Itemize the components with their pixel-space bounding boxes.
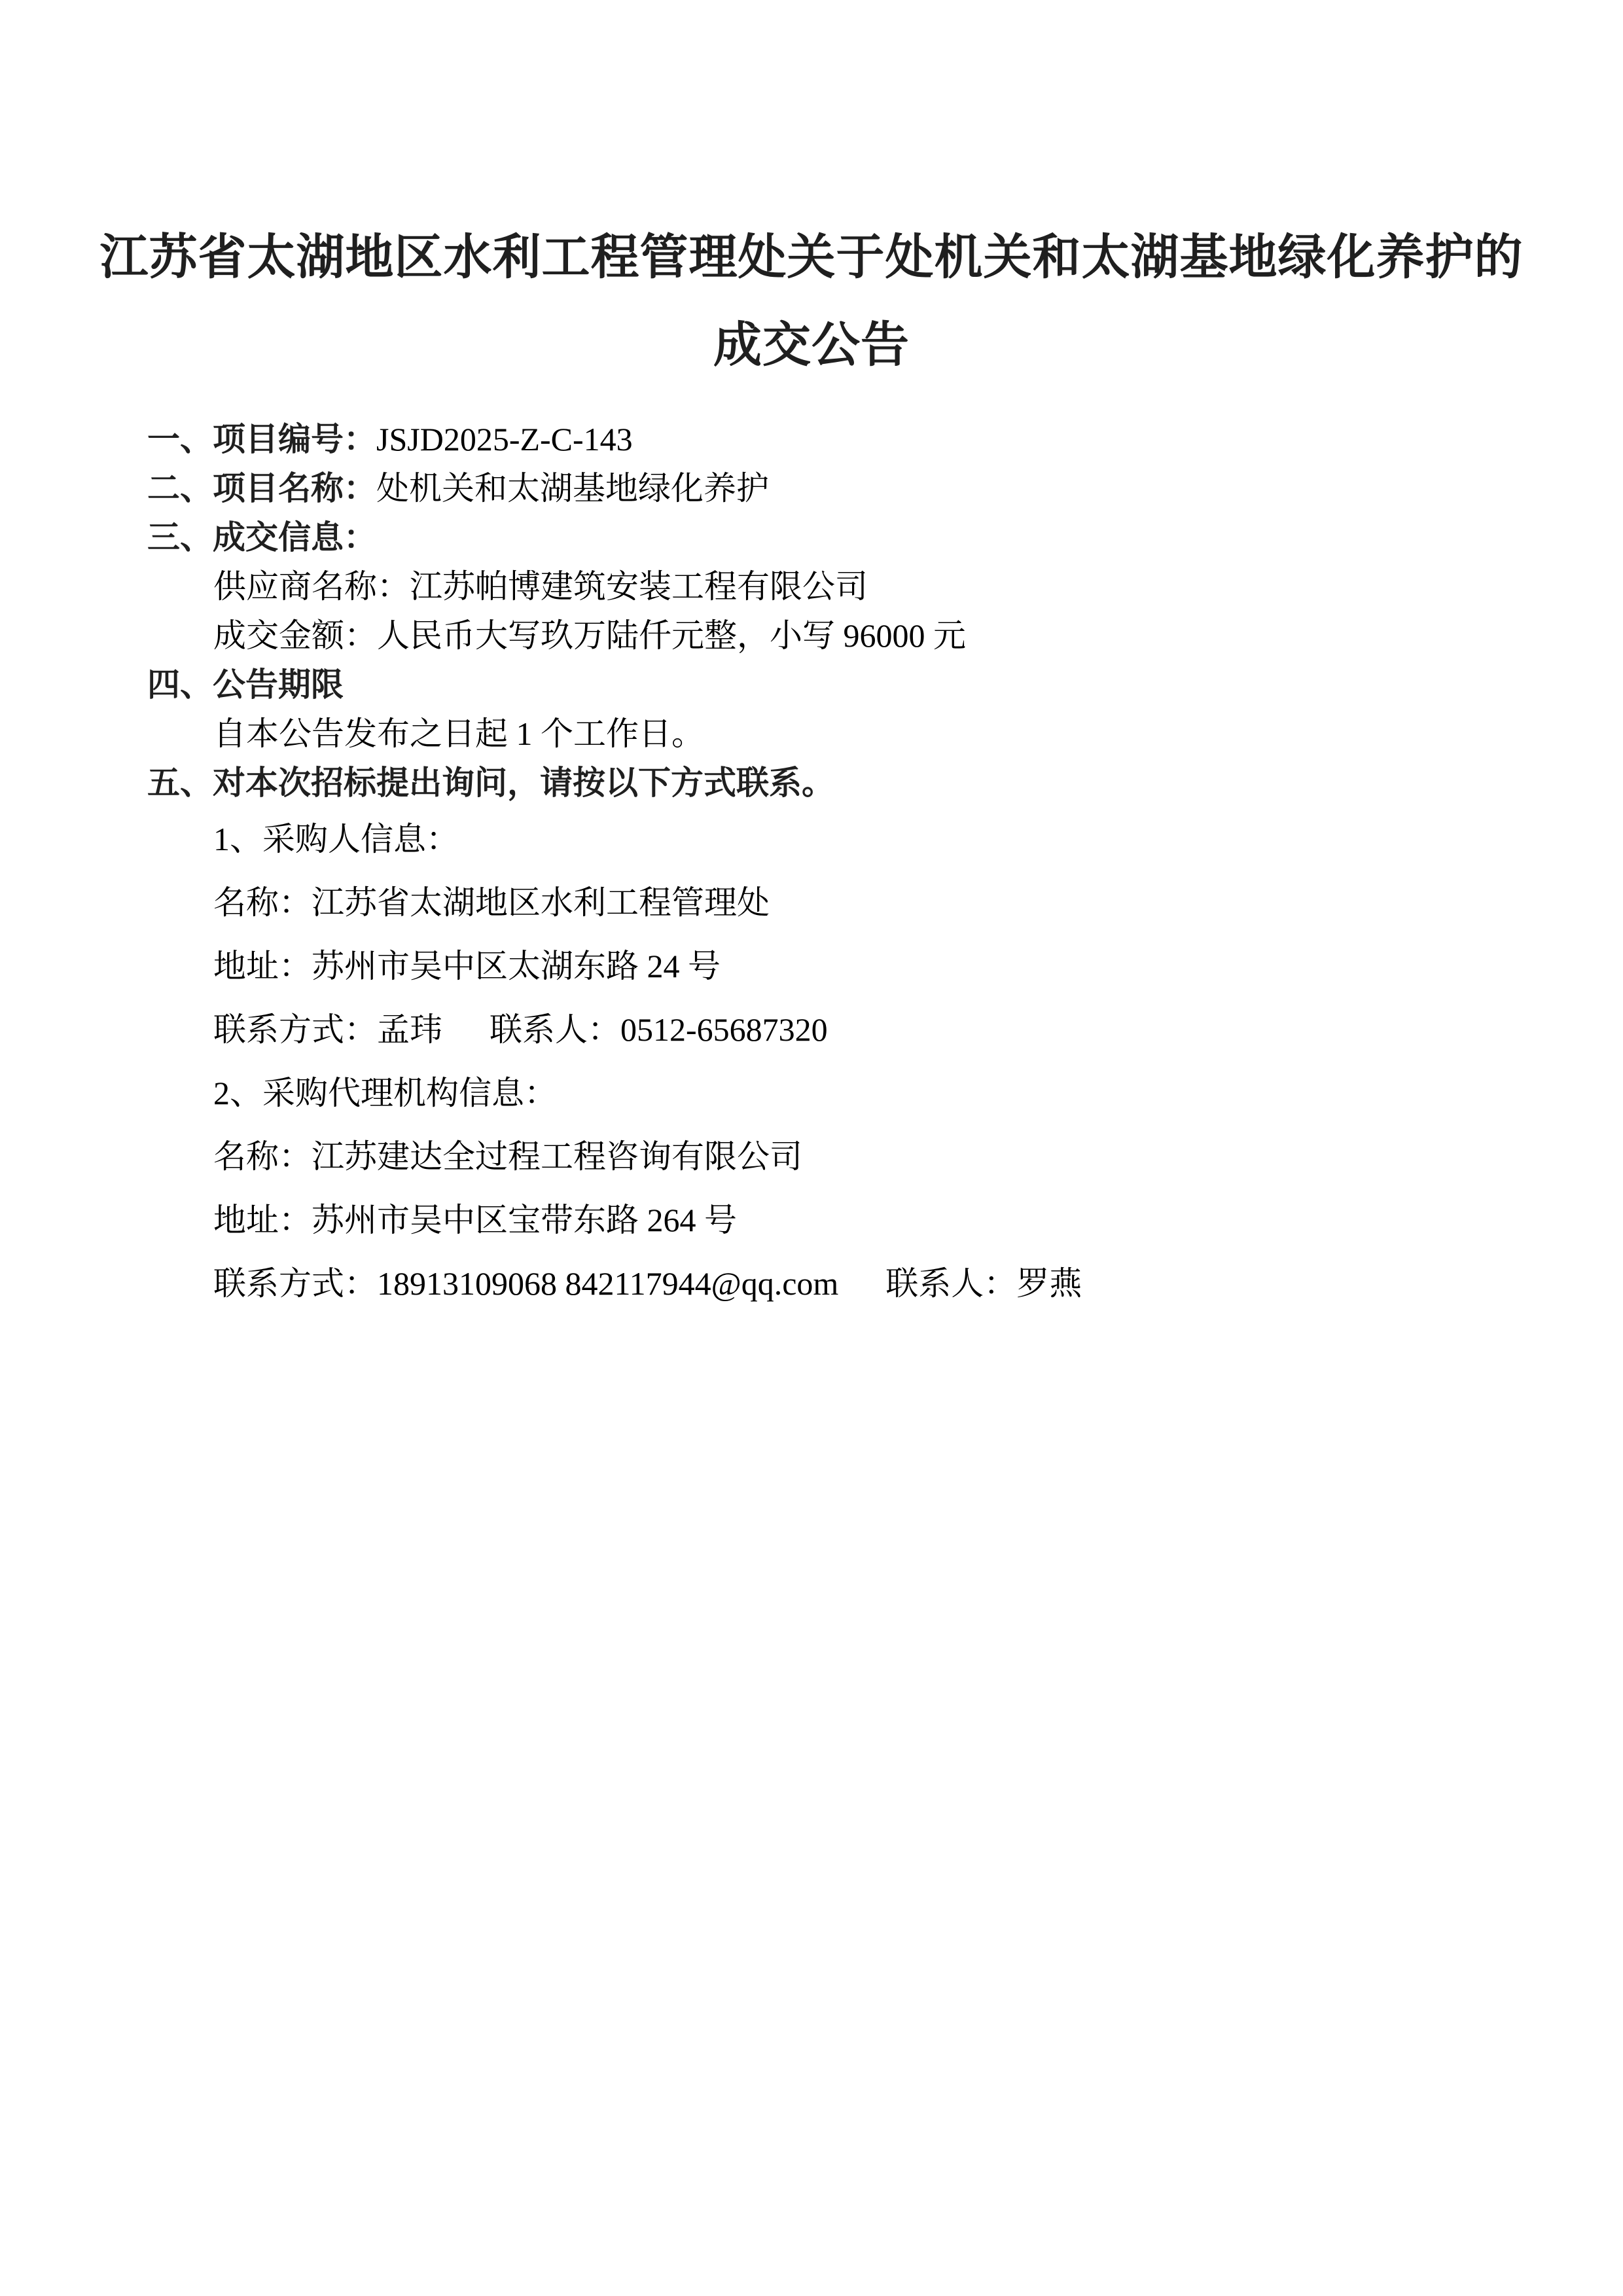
agency-name: 名称：江苏建达全过程工程咨询有限公司 <box>213 1138 802 1175</box>
notice-period-label: 四、公告期限 <box>147 666 344 703</box>
supplier-text: 供应商名称：江苏帕博建筑安装工程有限公司 <box>213 568 868 605</box>
document-page: 江苏省太湖地区水利工程管理处关于处机关和太湖基地绿化养护的 成交公告 一、项目编… <box>0 0 1623 2296</box>
notice-period-text: 自本公告发布之日起 1 个工作日。 <box>213 715 704 752</box>
project-name-label: 二、项目名称： <box>147 470 376 507</box>
buyer-name-row: 名称：江苏省太湖地区水利工程管理处 <box>147 871 1476 935</box>
award-info-label: 三、成交信息： <box>147 519 376 556</box>
agency-name-row: 名称：江苏建达全过程工程咨询有限公司 <box>147 1125 1476 1189</box>
buyer-contact-row: 联系方式：孟玮联系人：0512-65687320 <box>147 998 1476 1062</box>
buyer-address: 地址：苏州市吴中区太湖东路 24 号 <box>213 948 721 984</box>
buyer-contact-method: 联系方式：孟玮 <box>213 1011 442 1048</box>
buyer-heading-row: 1、采购人信息： <box>147 808 1476 871</box>
document-body: 一、项目编号：JSJD2025-Z-C-143 二、项目名称：处机关和太湖基地绿… <box>147 415 1476 1316</box>
buyer-heading: 1、采购人信息： <box>213 821 459 857</box>
agency-address: 地址：苏州市吴中区宝带东路 264 号 <box>213 1202 737 1238</box>
supplier-row: 供应商名称：江苏帕博建筑安装工程有限公司 <box>147 562 1476 611</box>
buyer-name: 名称：江苏省太湖地区水利工程管理处 <box>213 884 770 921</box>
agency-contact-person: 联系人：罗燕 <box>885 1265 1082 1302</box>
summary-section: 一、项目编号：JSJD2025-Z-C-143 二、项目名称：处机关和太湖基地绿… <box>147 415 1476 808</box>
buyer-address-row: 地址：苏州市吴中区太湖东路 24 号 <box>147 935 1476 998</box>
contacts-section: 1、采购人信息： 名称：江苏省太湖地区水利工程管理处 地址：苏州市吴中区太湖东路… <box>147 808 1476 1316</box>
notice-period-heading-row: 四、公告期限 <box>147 660 1476 709</box>
project-name-value: 处机关和太湖基地绿化养护 <box>376 470 769 507</box>
notice-period-row: 自本公告发布之日起 1 个工作日。 <box>147 709 1476 759</box>
inquiry-heading-row: 五、对本次招标提出询问，请按以下方式联系。 <box>147 759 1476 808</box>
buyer-contact-person: 联系人：0512-65687320 <box>490 1011 828 1048</box>
award-amount-text: 成交金额：人民币大写玖万陆仟元整，小写 96000 元 <box>213 617 966 654</box>
inquiry-label: 五、对本次招标提出询问，请按以下方式联系。 <box>147 764 834 801</box>
title-line-1: 江苏省太湖地区水利工程管理处关于处机关和太湖基地绿化养护的 <box>0 213 1623 301</box>
award-info-heading-row: 三、成交信息： <box>147 513 1476 562</box>
project-number-value: JSJD2025-Z-C-143 <box>376 421 633 457</box>
project-name-row: 二、项目名称：处机关和太湖基地绿化养护 <box>147 464 1476 513</box>
agency-contact-method: 联系方式：18913109068 842117944@qq.com <box>213 1265 838 1302</box>
agency-contact-row: 联系方式：18913109068 842117944@qq.com联系人：罗燕 <box>147 1252 1476 1316</box>
agency-heading: 2、采购代理机构信息： <box>213 1075 557 1111</box>
agency-heading-row: 2、采购代理机构信息： <box>147 1062 1476 1125</box>
project-number-label: 一、项目编号： <box>147 421 376 457</box>
agency-address-row: 地址：苏州市吴中区宝带东路 264 号 <box>147 1189 1476 1252</box>
award-amount-row: 成交金额：人民币大写玖万陆仟元整，小写 96000 元 <box>147 611 1476 660</box>
document-title: 江苏省太湖地区水利工程管理处关于处机关和太湖基地绿化养护的 成交公告 <box>0 0 1623 389</box>
title-line-2: 成交公告 <box>0 301 1623 389</box>
project-number-row: 一、项目编号：JSJD2025-Z-C-143 <box>147 415 1476 464</box>
